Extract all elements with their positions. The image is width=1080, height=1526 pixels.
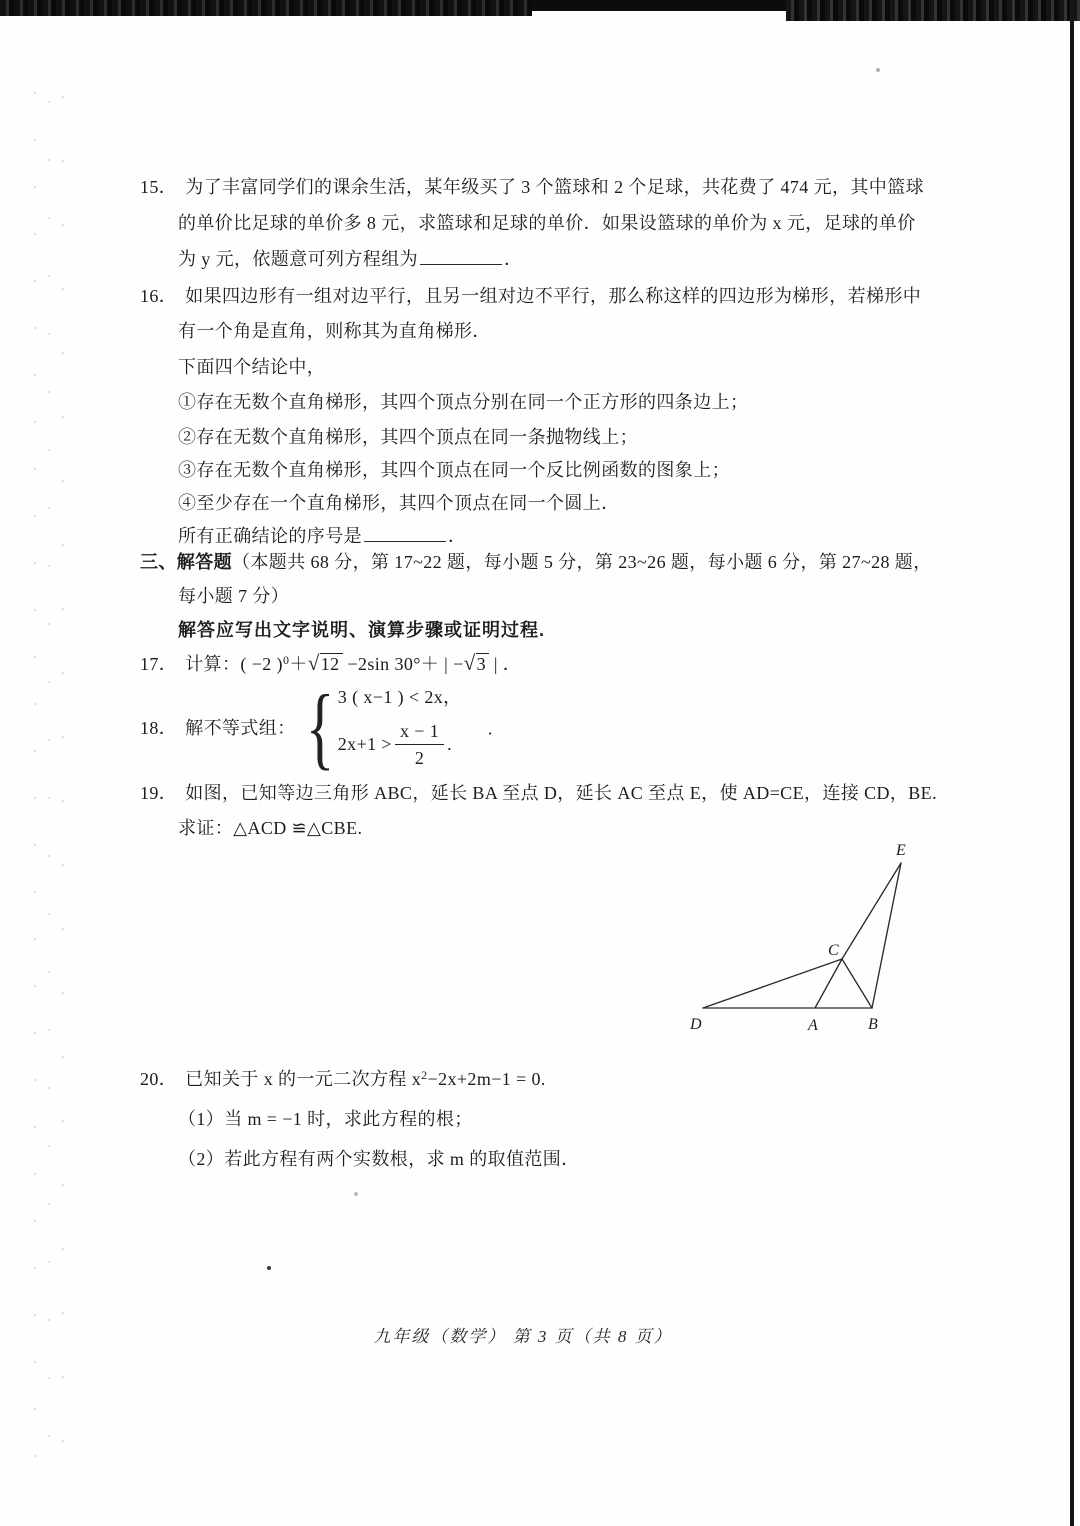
question-16-text-3: 下面四个结论中， — [178, 357, 325, 377]
question-17-end: | ． — [489, 654, 521, 674]
question-16-period: ． — [448, 526, 466, 546]
section-3-instruction-text: 解答应写出文字说明、演算步骤或证明过程. — [178, 620, 545, 640]
question-16-item-4: ④至少存在一个直角梯形，其四个顶点在同一个圆上． — [178, 490, 620, 517]
fraction-numerator: x − 1 — [395, 719, 444, 745]
question-16-answer-text: 所有正确结论的序号是 — [178, 526, 362, 546]
vertex-label-B: B — [868, 1016, 878, 1033]
plus-sign: ＋ — [289, 654, 307, 674]
question-15-text-3: 为 y 元，依题意可列方程组为 — [178, 249, 418, 269]
inequality-2-period: . — [447, 732, 452, 756]
section-3-description-2: 每小题 7 分） — [178, 586, 289, 606]
scan-edge-top-right — [786, 0, 1080, 21]
question-16-item-3-text: ③存在无数个直角梯形，其四个顶点在同一个反比例函数的图象上； — [178, 460, 730, 480]
question-16-item-1: ①存在无数个直角梯形，其四个顶点分别在同一个正方形的四条边上； — [178, 389, 748, 416]
segment-DC — [703, 959, 842, 1008]
section-3-header-line-2: 每小题 7 分） — [178, 583, 289, 610]
question-15-text-2: 的单价比足球的单价多 8 元，求篮球和足球的单价．如果设篮球的单价为 x 元，足… — [178, 213, 916, 233]
system-rows: 3 ( x−1 ) < 2x， 2x+1 >x − 12. — [338, 685, 462, 770]
question-20-part-1-text: （1）当 m = −1 时，求此方程的根； — [178, 1109, 473, 1129]
fraction-denominator: 2 — [395, 745, 444, 770]
segment-CE — [842, 863, 901, 959]
question-20-equation-post: −2x+2m−1 = 0. — [428, 1069, 546, 1089]
radical-sign: √ — [308, 651, 320, 675]
question-16-item-1-text: ①存在无数个直角梯形，其四个顶点分别在同一个正方形的四条边上； — [178, 392, 748, 412]
question-16-item-2-text: ②存在无数个直角梯形，其四个顶点在同一条抛物线上； — [178, 427, 638, 447]
segment-AC — [815, 959, 842, 1008]
question-17: 17．计算：( −2 )0＋√12 −2sin 30°＋ | −√3 | ． — [140, 650, 521, 678]
system-brace: { — [305, 681, 334, 773]
vertex-label-E: E — [895, 842, 906, 859]
question-16-text-1: 如果四边形有一组对边平行，且另一组对边不平行，那么称这样的四边形为梯形，若梯形中 — [185, 286, 921, 306]
radical-sign: √ — [464, 651, 476, 675]
segment-CB — [842, 959, 872, 1008]
question-16-line-3: 下面四个结论中， — [178, 354, 325, 381]
section-3-description: （本题共 68 分，第 17~22 题，每小题 5 分，第 23~26 题，每小… — [232, 552, 932, 572]
question-19-number: 19． — [140, 780, 177, 807]
question-15-period: ． — [504, 249, 522, 269]
section-3-title: 三、解答题 — [140, 552, 232, 572]
question-15-line-2: 的单价比足球的单价多 8 元，求篮球和足球的单价．如果设篮球的单价为 x 元，足… — [178, 210, 916, 237]
scan-dot-artifact — [354, 1192, 358, 1196]
answer-blank — [364, 527, 446, 542]
question-17-middle: −2sin 30°＋ | − — [343, 654, 464, 674]
inequality-1: 3 ( x−1 ) < 2x， — [338, 685, 462, 709]
question-20-number: 20． — [140, 1066, 177, 1093]
question-16-number: 16． — [140, 283, 177, 310]
question-18: 18．解不等式组： { 3 ( x−1 ) < 2x， 2x+1 >x − 12… — [140, 681, 504, 773]
vertex-label-A: A — [807, 1017, 818, 1034]
question-16-line-2: 有一个角是直角，则称其为直角梯形． — [178, 318, 491, 345]
question-15-line-3: 为 y 元，依题意可列方程组为． — [178, 246, 522, 273]
question-20-line-1: 20．已知关于 x 的一元二次方程 x2−2x+2m−1 = 0. — [140, 1066, 546, 1093]
sentence-period: ． — [488, 716, 504, 739]
section-3-header: 三、解答题（本题共 68 分，第 17~22 题，每小题 5 分，第 23~26… — [140, 549, 932, 576]
question-16-item-3: ③存在无数个直角梯形，其四个顶点在同一个反比例函数的图象上； — [178, 457, 730, 484]
question-20-equation-pre: 已知关于 x 的一元二次方程 x — [185, 1069, 421, 1089]
question-17-number: 17． — [140, 651, 177, 678]
page-footer: 九年级（数学） 第 3 页（共 8 页） — [0, 1322, 1046, 1347]
question-18-text: 解不等式组： — [185, 718, 295, 738]
question-16-item-4-text: ④至少存在一个直角梯形，其四个顶点在同一个圆上． — [178, 493, 620, 513]
scan-edge-top-left — [0, 0, 532, 16]
sqrt-3: √3 — [464, 654, 489, 674]
inequality-2-left: 2x+1 > — [338, 732, 392, 756]
vertex-label-D: D — [689, 1016, 702, 1033]
fraction: x − 12 — [395, 719, 444, 770]
question-16-text-2: 有一个角是直角，则称其为直角梯形． — [178, 321, 491, 341]
question-20-part-2: （2）若此方程有两个实数根，求 m 的取值范围． — [178, 1146, 580, 1173]
question-19-text-2: 求证：△ACD ≌△CBE. — [178, 818, 362, 838]
question-16-line-1: 16．如果四边形有一组对边平行，且另一组对边不平行，那么称这样的四边形为梯形，若… — [140, 283, 921, 310]
question-20-part-2-text: （2）若此方程有两个实数根，求 m 的取值范围． — [178, 1149, 580, 1169]
question-19-text-1: 如图，已知等边三角形 ABC，延长 BA 至点 D，延长 AC 至点 E，使 A… — [185, 783, 937, 803]
question-16-answer-line: 所有正确结论的序号是． — [178, 523, 466, 550]
scan-margin-noise — [30, 70, 76, 1470]
question-19-figure: D A B C E — [668, 833, 942, 1047]
question-17-prefix: 计算：( −2 ) — [185, 654, 283, 674]
question-16-item-2: ②存在无数个直角梯形，其四个顶点在同一条抛物线上； — [178, 424, 638, 451]
question-15-line-1: 15．为了丰富同学们的课余生活，某年级买了 3 个篮球和 2 个足球，共花费了 … — [140, 174, 924, 201]
answer-blank — [420, 250, 502, 265]
question-15-text-1: 为了丰富同学们的课余生活，某年级买了 3 个篮球和 2 个足球，共花费了 474… — [185, 177, 924, 197]
question-19-line-2: 求证：△ACD ≌△CBE. — [178, 815, 362, 842]
scan-edge-right — [1070, 0, 1074, 1526]
section-3-instruction: 解答应写出文字说明、演算步骤或证明过程. — [178, 617, 545, 644]
question-18-label: 18．解不等式组： — [140, 714, 296, 740]
vertex-label-C: C — [828, 942, 839, 959]
question-18-number: 18． — [140, 714, 177, 740]
inequality-2: 2x+1 >x − 12. — [338, 719, 462, 770]
radicand: 12 — [320, 653, 343, 674]
exam-page: 15．为了丰富同学们的课余生活，某年级买了 3 个篮球和 2 个足球，共花费了 … — [0, 0, 1080, 1526]
segment-BE — [872, 863, 901, 1008]
scan-dot-artifact — [876, 68, 880, 72]
question-15-number: 15． — [140, 174, 177, 201]
question-20-part-1: （1）当 m = −1 时，求此方程的根； — [178, 1106, 473, 1133]
question-19-line-1: 19．如图，已知等边三角形 ABC，延长 BA 至点 D，延长 AC 至点 E，… — [140, 780, 937, 807]
radicand: 3 — [476, 653, 489, 674]
sqrt-12: √12 — [308, 654, 343, 674]
scan-dot-artifact — [267, 1266, 271, 1270]
